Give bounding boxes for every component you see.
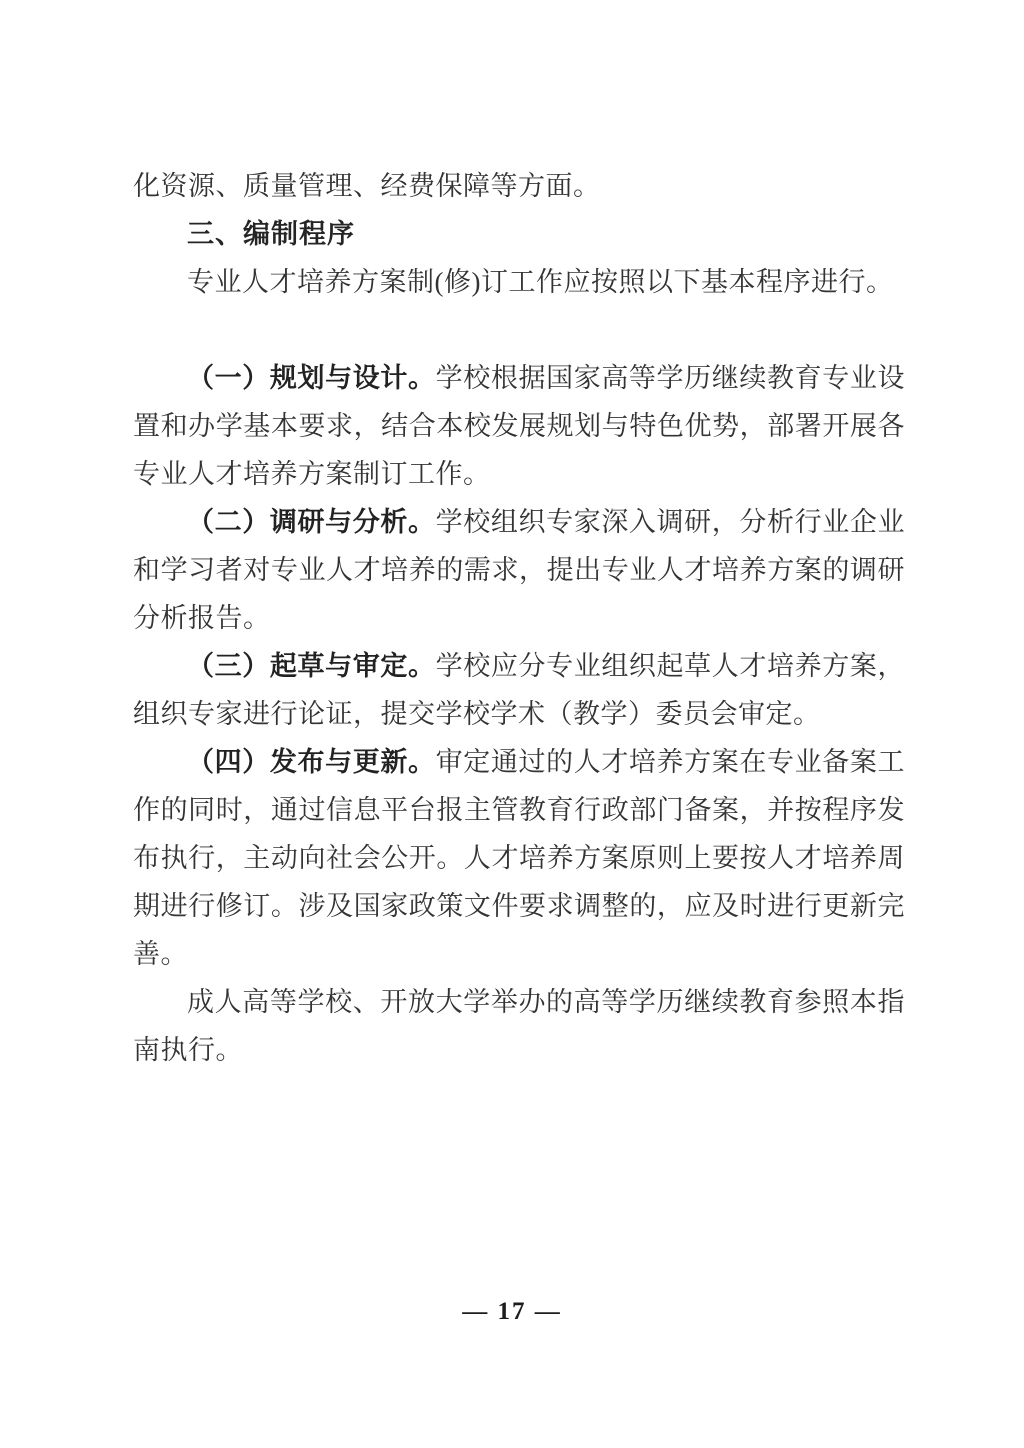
item-4-lead: （四）发布与更新。: [187, 747, 436, 777]
continuation-line: 化资源、质量管理、经费保障等方面。: [133, 162, 905, 210]
item-4-body: 审定通过的人才培养方案在专业备案工作的同时，通过信息平台报主管教育行政部门备案，…: [133, 747, 905, 969]
item-1-lead: （一）规划与设计。: [187, 363, 436, 393]
list-item: （四）发布与更新。审定通过的人才培养方案在专业备案工作的同时，通过信息平台报主管…: [133, 738, 905, 978]
document-body: 化资源、质量管理、经费保障等方面。 三、编制程序 专业人才培养方案制(修)订工作…: [133, 162, 905, 1074]
page-number: — 17 —: [0, 1298, 1024, 1326]
intro-paragraph: 专业人才培养方案制(修)订工作应按照以下基本程序进行。: [133, 258, 905, 306]
blank-line-spacer: [133, 306, 905, 354]
item-2-lead: （二）调研与分析。: [187, 507, 436, 537]
item-3-lead: （三）起草与审定。: [187, 651, 436, 681]
document-page: 化资源、质量管理、经费保障等方面。 三、编制程序 专业人才培养方案制(修)订工作…: [0, 0, 1024, 1448]
list-item: （一）规划与设计。学校根据国家高等学历继续教育专业设置和办学基本要求，结合本校发…: [133, 354, 905, 498]
section-heading: 三、编制程序: [133, 210, 905, 258]
list-item: （二）调研与分析。学校组织专家深入调研，分析行业企业和学习者对专业人才培养的需求…: [133, 498, 905, 642]
closing-paragraph: 成人高等学校、开放大学举办的高等学历继续教育参照本指南执行。: [133, 978, 905, 1074]
list-item: （三）起草与审定。学校应分专业组织起草人才培养方案，组织专家进行论证，提交学校学…: [133, 642, 905, 738]
